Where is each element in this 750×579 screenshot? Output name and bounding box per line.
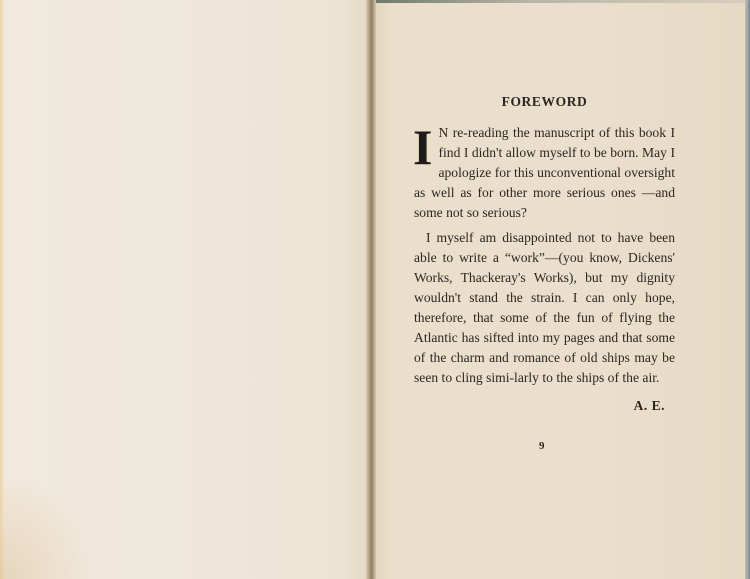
water-stain xyxy=(0,480,90,579)
author-signature: A. E. xyxy=(414,396,675,416)
foreword-text-block: FOREWORD IN re-reading the manuscript of… xyxy=(414,92,675,416)
top-edge-shadow xyxy=(376,0,750,3)
page-number: 9 xyxy=(539,440,545,452)
right-page-edge xyxy=(745,0,750,579)
paragraph-1: IN re-reading the manuscript of this boo… xyxy=(414,123,675,223)
drop-cap-letter: I xyxy=(413,127,432,167)
paragraph-2: I myself am disappointed not to have bee… xyxy=(414,228,675,388)
left-page-blank xyxy=(0,0,370,579)
book-spine-gutter xyxy=(366,0,376,579)
foreword-heading: FOREWORD xyxy=(414,92,675,112)
open-book-spread: FOREWORD IN re-reading the manuscript of… xyxy=(0,0,750,579)
paragraph-1-text: N re-reading the manuscript of this book… xyxy=(414,125,675,220)
